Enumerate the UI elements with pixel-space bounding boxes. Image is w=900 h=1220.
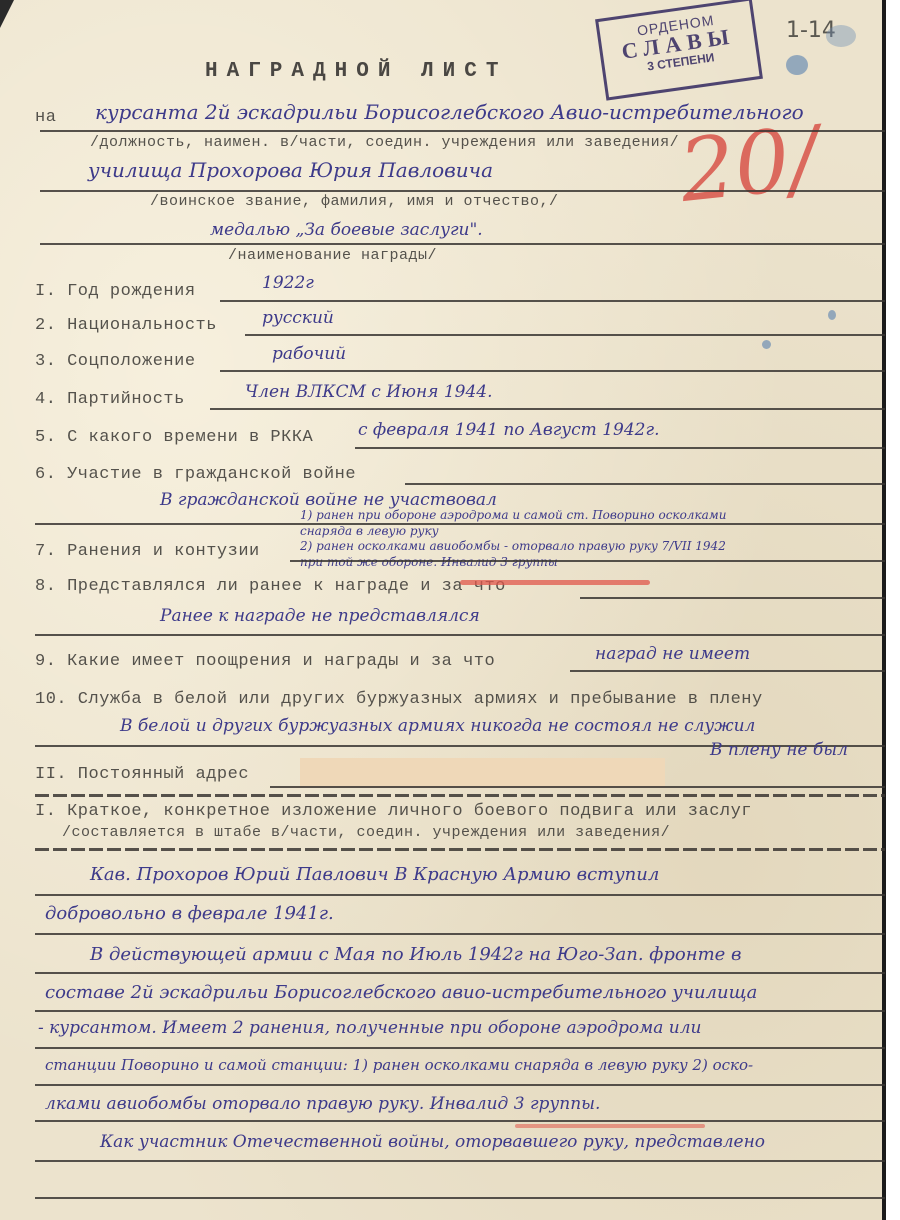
- rule: [35, 1197, 885, 1199]
- field-value-social-status: рабочий: [272, 344, 346, 364]
- name-value: училища Прохорова Юрия Павловича: [88, 158, 493, 182]
- field-label-civil-war: 6. Участие в гражданской войне: [35, 465, 356, 484]
- field-value-previous-nomination: Ранее к награде не представлялся: [160, 606, 480, 626]
- rule: [35, 634, 885, 636]
- rule: [210, 408, 885, 410]
- rule: [35, 894, 885, 896]
- field-value-wounds-line-4: при той же обороне. Инвалид 3 группы: [300, 555, 558, 569]
- field-value-captivity: В плену не был: [710, 740, 848, 760]
- rule: [290, 560, 885, 562]
- dashed-rule: [35, 794, 885, 797]
- red-strikethrough: [460, 580, 650, 585]
- field-value-awards: наград не имеет: [595, 644, 750, 664]
- ink-blot: [762, 340, 771, 349]
- rule: [35, 933, 885, 935]
- award-caption: /наименование награды/: [228, 247, 437, 264]
- rule: [35, 972, 885, 974]
- rule: [35, 1160, 885, 1162]
- field-value-wounds-line-1: 1) ранен при обороне аэродрома и самой с…: [300, 508, 726, 522]
- rule: [245, 334, 885, 336]
- ink-blot: [826, 25, 856, 47]
- field-value-party: Член ВЛКСМ с Июня 1944.: [245, 382, 493, 402]
- rule: [35, 523, 885, 525]
- ink-blot: [786, 55, 808, 75]
- rule: [580, 597, 885, 599]
- field-label-party: 4. Партийность: [35, 390, 185, 409]
- scan-edge: [882, 0, 900, 1220]
- award-value: медалью „За боевые заслуги".: [210, 220, 483, 240]
- rule: [35, 1084, 885, 1086]
- rule: [220, 300, 885, 302]
- rule: [35, 1120, 885, 1122]
- name-caption: /воинское звание, фамилия, имя и отчеств…: [150, 193, 559, 210]
- rule: [405, 483, 885, 485]
- field-label-social-status: 3. Соцположение: [35, 352, 196, 371]
- field-value-red-army-since: с февраля 1941 по Август 1942г.: [358, 420, 659, 440]
- red-pencil-mark: 20/: [675, 108, 823, 222]
- field-value-white-army: В белой и других буржуазных армиях никог…: [120, 716, 755, 736]
- section-heading: I. Краткое, конкретное изложение личного…: [35, 802, 752, 821]
- field-label-wounds: 7. Ранения и контузии: [35, 542, 260, 561]
- field-label-address: II. Постоянный адрес: [35, 765, 249, 784]
- field-label-previous-nomination: 8. Представлялся ли ранее к награде и за…: [35, 577, 506, 596]
- rule: [40, 130, 885, 132]
- rule: [355, 447, 885, 449]
- document-title: НАГРАДНОЙ ЛИСТ: [205, 60, 507, 83]
- position-value: курсанта 2й эскадрильи Борисоглебского А…: [95, 100, 804, 124]
- narrative-line-3: В действующей армии с Мая по Июль 1942г …: [90, 944, 742, 965]
- scan-corner-shadow: [0, 0, 14, 28]
- na-label: на: [35, 108, 56, 127]
- position-caption: /должность, наимен. в/части, соедин. учр…: [90, 134, 679, 151]
- rule: [270, 786, 885, 788]
- narrative-line-1: Кав. Прохоров Юрий Павлович В Красную Ар…: [90, 864, 659, 885]
- narrative-line-5: - курсантом. Имеет 2 ранения, полученные…: [38, 1018, 701, 1038]
- narrative-line-4: составе 2й эскадрильи Борисоглебского ав…: [45, 982, 757, 1003]
- rule: [220, 370, 885, 372]
- field-label-awards: 9. Какие имеет поощрения и награды и за …: [35, 652, 495, 671]
- red-underline: [515, 1124, 705, 1128]
- field-label-white-army-captivity: 10. Служба в белой или других буржуазных…: [35, 690, 763, 709]
- field-value-civil-war: В гражданской войне не участвовал: [160, 490, 497, 510]
- rule: [40, 243, 885, 245]
- rule: [40, 190, 885, 192]
- dashed-rule: [35, 848, 885, 851]
- narrative-line-7: лками авиобомбы оторвало правую руку. Ин…: [45, 1094, 600, 1114]
- rule: [35, 1047, 885, 1049]
- ink-blot: [828, 310, 836, 320]
- narrative-line-2: добровольно в феврале 1941г.: [45, 903, 334, 924]
- narrative-line-8: Как участник Отечественной войны, оторва…: [100, 1132, 765, 1152]
- section-caption: /составляется в штабе в/части, соедин. у…: [62, 824, 670, 841]
- rule: [570, 670, 885, 672]
- redacted-address: [300, 758, 665, 788]
- rule: [35, 1010, 885, 1012]
- order-of-glory-stamp: ОРДЕНОМ СЛАВЫ 3 СТЕПЕНИ: [595, 0, 763, 101]
- narrative-line-6: станции Поворино и самой станции: 1) ран…: [45, 1056, 753, 1074]
- field-value-birth-year: 1922г: [262, 273, 314, 293]
- field-label-red-army-since: 5. С какого времени в РККА: [35, 428, 313, 447]
- field-value-nationality: русский: [262, 308, 334, 328]
- field-value-wounds-line-2: снаряда в левую руку: [300, 524, 439, 538]
- field-label-birth-year: I. Год рождения: [35, 282, 196, 301]
- field-value-wounds-line-3: 2) ранен осколками авиобомбы - оторвало …: [300, 539, 726, 553]
- field-label-nationality: 2. Национальность: [35, 316, 217, 335]
